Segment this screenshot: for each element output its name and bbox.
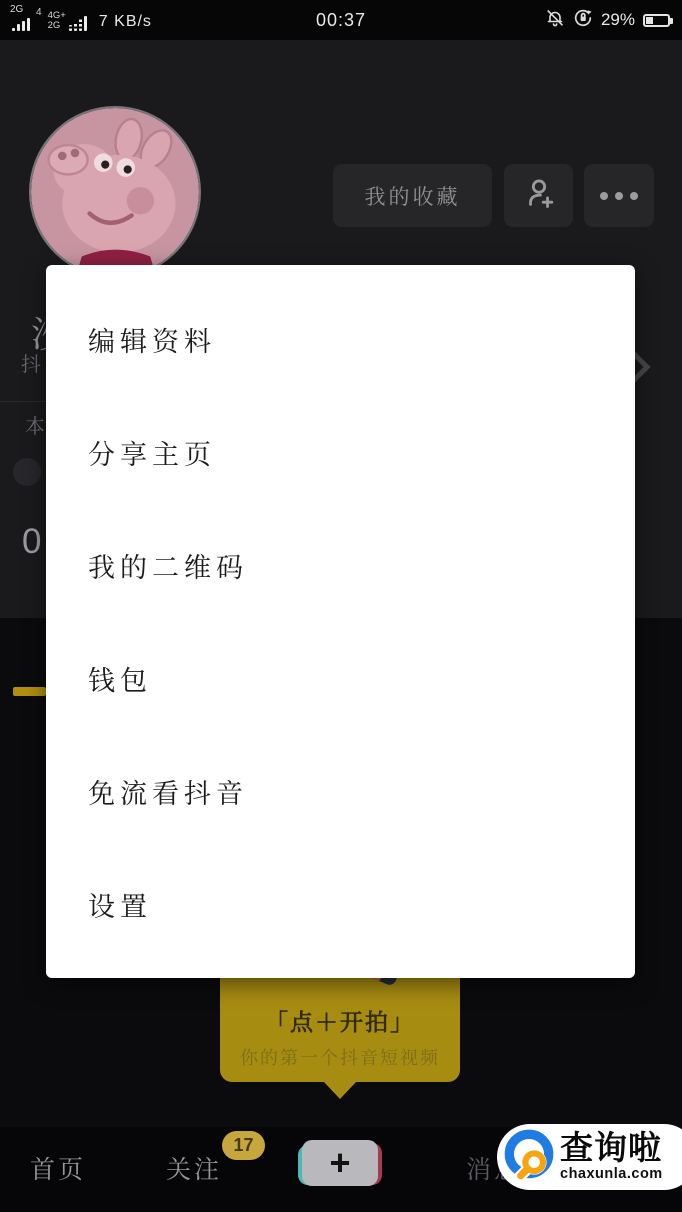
menu-item-settings[interactable]: 设置 (46, 848, 635, 961)
screen: 2G 4 4G+ 2G 7 KB/s 00:37 (0, 0, 682, 1212)
menu-item-edit-profile[interactable]: 编辑资料 (46, 283, 635, 396)
menu-item-data-free-douyin[interactable]: 免流看抖音 (46, 735, 635, 848)
nav-tab-home[interactable]: 首页 (30, 1150, 86, 1186)
tooltip-subtitle: 你的第一个抖音短视频 (220, 1044, 460, 1070)
favorites-button-label: 我的收藏 (365, 181, 461, 211)
tooltip-title: 「点＋开拍」 (220, 1004, 460, 1037)
status-right: 29% (545, 8, 670, 33)
status-bar: 2G 4 4G+ 2G 7 KB/s 00:37 (0, 0, 682, 40)
douyin-id-fragment: 抖 (21, 348, 41, 377)
add-friends-button[interactable] (504, 164, 573, 227)
stat-label-fragment: 本 (25, 410, 45, 439)
plus-icon: + (302, 1140, 378, 1186)
person-add-icon (522, 176, 556, 215)
nav-tab-follow[interactable]: 关注 (166, 1150, 222, 1186)
more-options-button[interactable] (584, 164, 654, 227)
mute-bell-icon (545, 8, 565, 33)
create-video-button[interactable]: + (298, 1140, 382, 1187)
avatar[interactable] (29, 106, 201, 278)
peppa-pig-avatar-image (31, 108, 199, 276)
chaxunla-watermark: 查询啦 chaxunla.com (497, 1124, 682, 1190)
menu-item-share-homepage[interactable]: 分享主页 (46, 396, 635, 509)
watermark-url: chaxunla.com (560, 1166, 663, 1182)
stat-count-fragment: 0 (22, 522, 41, 562)
favorites-button[interactable]: 我的收藏 (333, 164, 492, 227)
menu-item-wallet[interactable]: 钱包 (46, 622, 635, 735)
tooltip-arrow (323, 1081, 357, 1099)
active-tab-indicator (13, 687, 46, 696)
magnifier-logo-icon (500, 1126, 558, 1189)
divider (0, 401, 46, 402)
options-menu: 编辑资料 分享主页 我的二维码 钱包 免流看抖音 设置 (46, 265, 635, 978)
ellipsis-icon (600, 192, 638, 200)
rotation-lock-icon (573, 8, 593, 33)
battery-icon (643, 14, 670, 27)
background-circle-fragment (13, 458, 41, 486)
follow-count-badge: 17 (222, 1131, 265, 1160)
battery-percent: 29% (601, 10, 635, 30)
menu-item-my-qr-code[interactable]: 我的二维码 (46, 509, 635, 622)
watermark-name: 查询啦 (560, 1132, 663, 1166)
